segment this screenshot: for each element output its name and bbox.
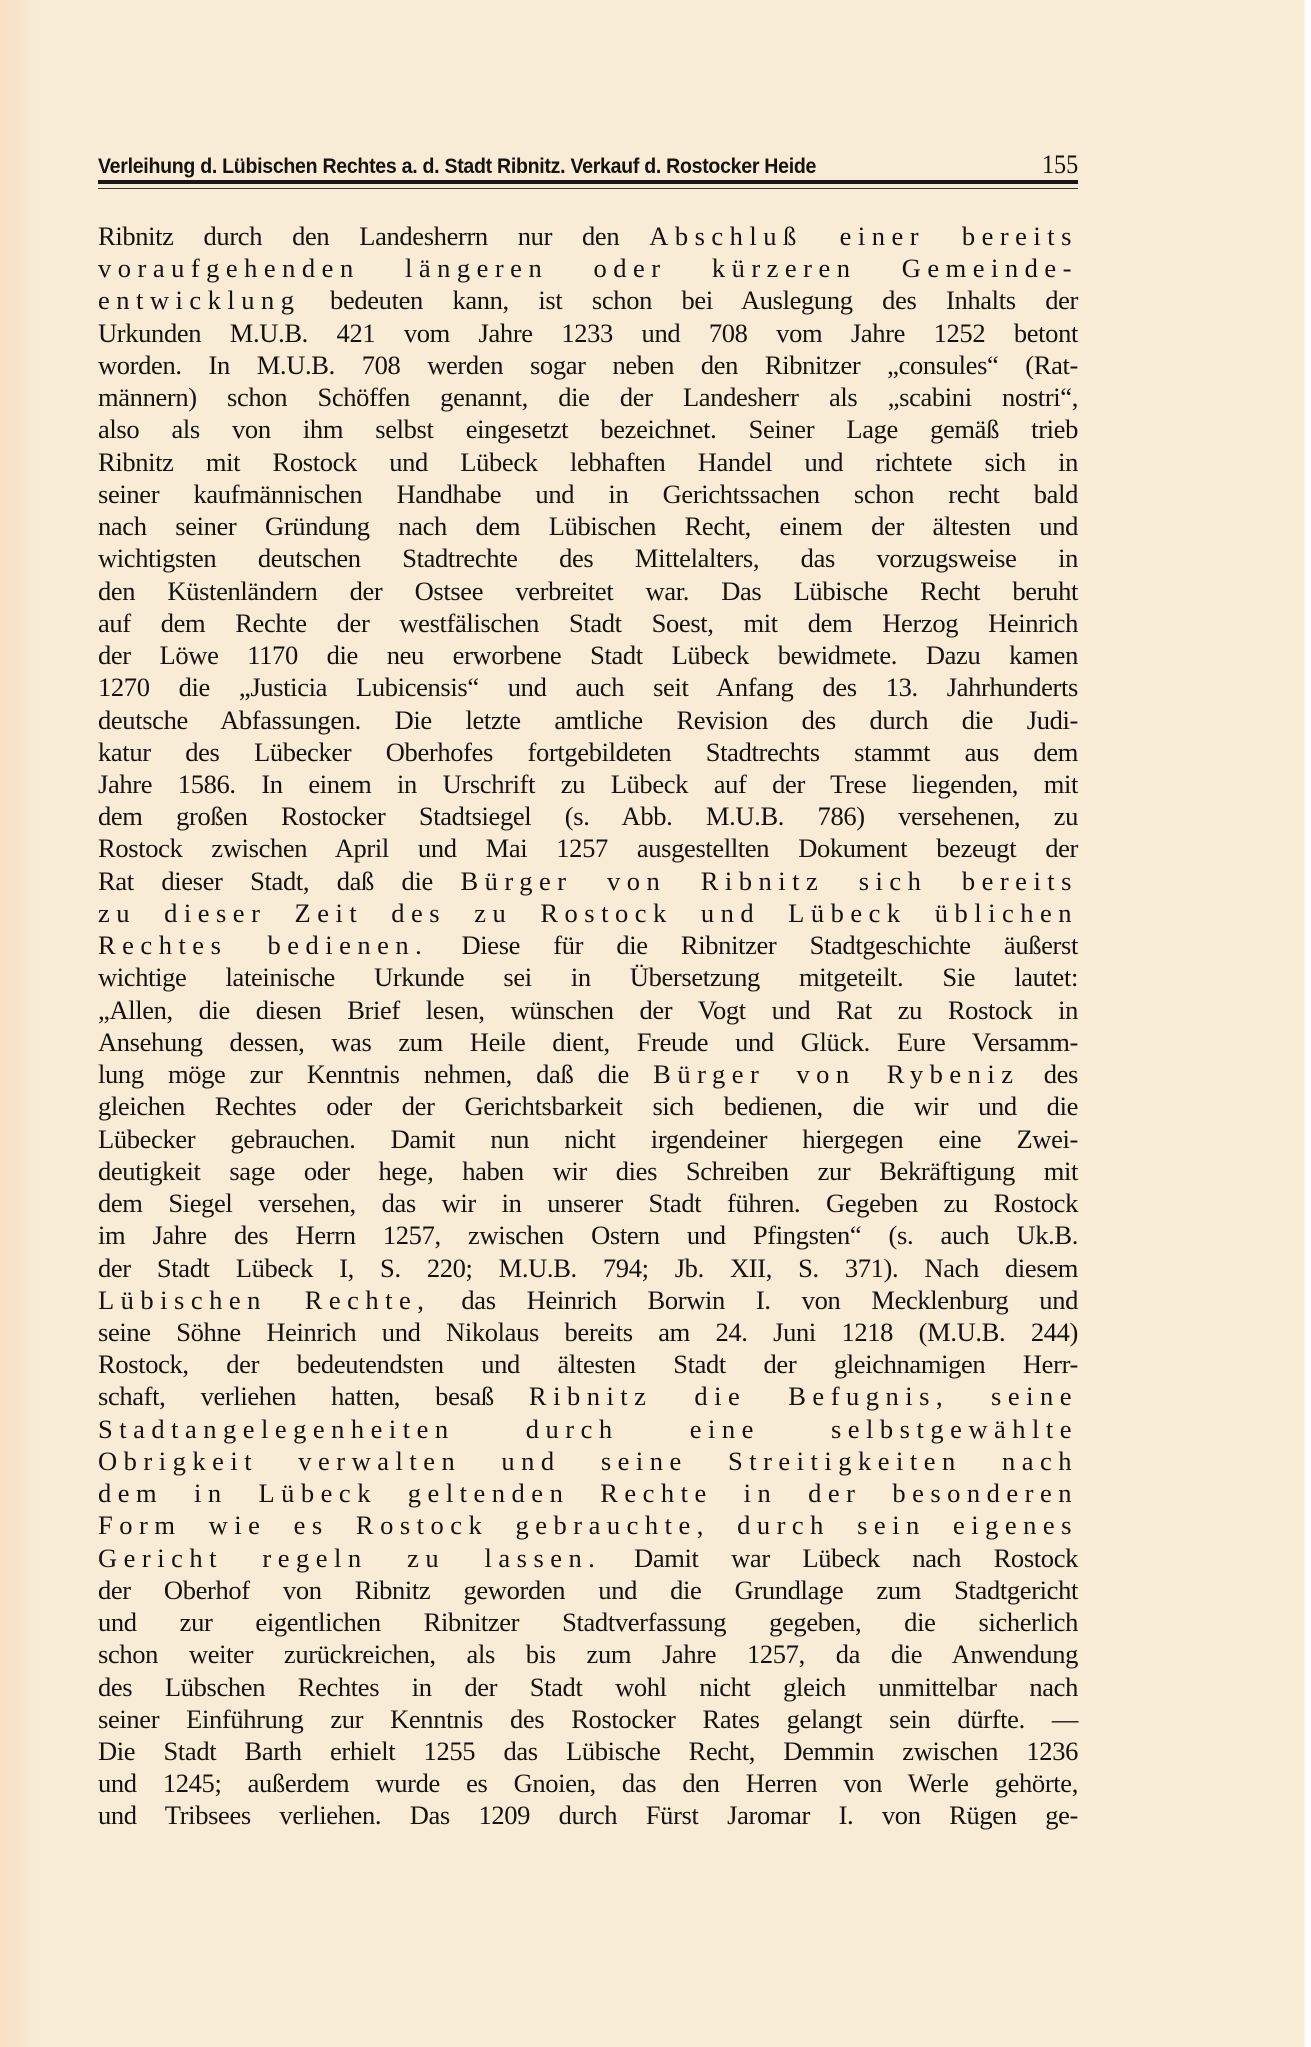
text-segment: „Allen, die diesen Brief lesen, wünschen… — [98, 995, 1078, 1025]
text-segment: der Oberhof von Ribnitz geworden und die… — [98, 1575, 1078, 1605]
text-segment: nach seiner Gründung nach dem Lübischen … — [98, 511, 1078, 541]
text-line: auf dem Rechte der westfälischen Stadt S… — [98, 607, 1078, 639]
text-line: der Stadt Lübeck I, S. 220; M.U.B. 794; … — [98, 1252, 1078, 1284]
text-line: Urkunden M.U.B. 421 vom Jahre 1233 und 7… — [98, 317, 1078, 349]
spaced-emphasis: dem in Lübeck geltenden Rechte in der be… — [98, 1478, 1078, 1508]
text-segment: und 1245; außerdem wurde es Gnoien, das … — [98, 1768, 1078, 1798]
running-head: Verleihung d. Lübischen Rechtes a. d. St… — [98, 150, 1078, 178]
text-segment: wichtige lateinische Urkunde sei in Über… — [98, 962, 1078, 992]
text-line: der Oberhof von Ribnitz geworden und die… — [98, 1574, 1078, 1606]
text-line: den Küstenländern der Ostsee verbreitet … — [98, 575, 1078, 607]
text-segment: wichtigsten deutschen Stadtrechte des Mi… — [98, 543, 1078, 573]
text-segment: Damit war Lübeck nach Rostock — [601, 1543, 1078, 1573]
text-segment: seiner Einführung zur Kenntnis des Rosto… — [98, 1704, 1078, 1734]
text-line: Stadtangelegenheiten durch eine selbstge… — [98, 1413, 1078, 1445]
spaced-emphasis: Rechtes bedienen. — [98, 930, 428, 960]
text-segment: seine Söhne Heinrich und Nikolaus bereit… — [98, 1317, 1078, 1347]
text-line: Ribnitz durch den Landesherrn nur den Ab… — [98, 220, 1078, 252]
text-segment: der Löwe 1170 die neu erworbene Stadt Lü… — [98, 640, 1078, 670]
text-line: Lübischen Rechte, das Heinrich Borwin I.… — [98, 1284, 1078, 1316]
text-line: Rostock, der bedeutendsten und ältesten … — [98, 1348, 1078, 1380]
text-line: Form wie es Rostock gebrauchte, durch se… — [98, 1509, 1078, 1541]
text-line: gleichen Rechtes oder der Gerichtsbarkei… — [98, 1090, 1078, 1122]
text-line: entwicklung bedeuten kann, ist schon bei… — [98, 284, 1078, 316]
text-segment: Rat dieser Stadt, daß die — [98, 866, 460, 896]
text-line: Obrigkeit verwalten und seine Streitigke… — [98, 1445, 1078, 1477]
text-segment: den Küstenländern der Ostsee verbreitet … — [98, 576, 1078, 606]
text-line: schaft, verliehen hatten, besaß Ribnitz … — [98, 1380, 1078, 1412]
text-segment: deutsche Abfassungen. Die letzte amtlich… — [98, 705, 1078, 735]
text-segment: Diese für die Ribnitzer Stadtgeschichte … — [428, 930, 1078, 960]
text-segment: schaft, verliehen hatten, besaß — [98, 1381, 529, 1411]
text-segment: schon weiter zurückreichen, als bis zum … — [98, 1639, 1078, 1669]
page-number: 155 — [1042, 150, 1078, 180]
text-line: zu dieser Zeit des zu Rostock und Lübeck… — [98, 897, 1078, 929]
text-segment: und zur eigentlichen Ribnitzer Stadtverf… — [98, 1607, 1078, 1637]
spaced-emphasis: Gericht regeln zu lassen. — [98, 1543, 601, 1573]
header-rule-thick — [98, 180, 1078, 184]
body-text: Ribnitz durch den Landesherrn nur den Ab… — [98, 220, 1078, 1832]
text-line: Rechtes bedienen. Diese für die Ribnitze… — [98, 929, 1078, 961]
text-segment: Ribnitz mit Rostock und Lübeck lebhaften… — [98, 447, 1078, 477]
text-line: Rostock zwischen April und Mai 1257 ausg… — [98, 832, 1078, 864]
text-line: und Tribsees verliehen. Das 1209 durch F… — [98, 1799, 1078, 1831]
spaced-emphasis: voraufgehenden längeren oder kürzeren Ge… — [98, 253, 1078, 283]
text-line: seiner kaufmännischen Handhabe und in Ge… — [98, 478, 1078, 510]
text-segment: Ansehung dessen, was zum Heile dient, Fr… — [98, 1027, 1078, 1057]
text-segment: des Lübschen Rechtes in der Stadt wohl n… — [98, 1672, 1078, 1702]
text-segment: auf dem Rechte der westfälischen Stadt S… — [98, 608, 1078, 638]
text-line: Ribnitz mit Rostock und Lübeck lebhaften… — [98, 446, 1078, 478]
text-line: nach seiner Gründung nach dem Lübischen … — [98, 510, 1078, 542]
text-segment: bedeuten kann, ist schon bei Auslegung d… — [301, 285, 1079, 315]
text-line: dem in Lübeck geltenden Rechte in der be… — [98, 1477, 1078, 1509]
text-line: der Löwe 1170 die neu erworbene Stadt Lü… — [98, 639, 1078, 671]
text-line: dem großen Rostocker Stadtsiegel (s. Abb… — [98, 800, 1078, 832]
text-segment: also als von ihm selbst eingesetzt bezei… — [98, 414, 1078, 444]
text-line: deutigkeit sage oder hege, haben wir die… — [98, 1155, 1078, 1187]
text-line: wichtigsten deutschen Stadtrechte des Mi… — [98, 542, 1078, 574]
text-segment: deutigkeit sage oder hege, haben wir die… — [98, 1156, 1078, 1186]
spaced-emphasis: Stadtangelegenheiten durch eine selbstge… — [98, 1414, 1078, 1444]
text-line: schon weiter zurückreichen, als bis zum … — [98, 1638, 1078, 1670]
text-line: deutsche Abfassungen. Die letzte amtlich… — [98, 704, 1078, 736]
spaced-emphasis: Bürger von Rybeniz — [653, 1059, 1019, 1089]
spaced-emphasis: Form wie es Rostock gebrauchte, durch se… — [98, 1510, 1078, 1540]
text-line: seiner Einführung zur Kenntnis des Rosto… — [98, 1703, 1078, 1735]
text-line: des Lübschen Rechtes in der Stadt wohl n… — [98, 1671, 1078, 1703]
text-line: und zur eigentlichen Ribnitzer Stadtverf… — [98, 1606, 1078, 1638]
text-segment: dem großen Rostocker Stadtsiegel (s. Abb… — [98, 801, 1078, 831]
text-segment: Ribnitz durch den Landesherrn nur den — [98, 221, 649, 251]
text-segment: Jahre 1586. In einem in Urschrift zu Lüb… — [98, 769, 1078, 799]
text-line: also als von ihm selbst eingesetzt bezei… — [98, 413, 1078, 445]
text-line: worden. In M.U.B. 708 werden sogar neben… — [98, 349, 1078, 381]
spaced-emphasis: Ribnitz die Befugnis, seine — [529, 1381, 1078, 1411]
text-segment: worden. In M.U.B. 708 werden sogar neben… — [98, 350, 1078, 380]
text-line: 1270 die „Justicia Lubicensis“ und auch … — [98, 671, 1078, 703]
text-segment: Die Stadt Barth erhielt 1255 das Lübisch… — [98, 1736, 1078, 1766]
text-line: und 1245; außerdem wurde es Gnoien, das … — [98, 1767, 1078, 1799]
text-segment: lung möge zur Kenntnis nehmen, daß die — [98, 1059, 653, 1089]
text-line: wichtige lateinische Urkunde sei in Über… — [98, 961, 1078, 993]
text-segment: 1270 die „Justicia Lubicensis“ und auch … — [98, 672, 1078, 702]
text-segment: katur des Lübecker Oberhofes fortgebilde… — [98, 737, 1078, 767]
text-line: Die Stadt Barth erhielt 1255 das Lübisch… — [98, 1735, 1078, 1767]
spaced-emphasis: entwicklung — [98, 285, 301, 315]
header-rule-thin — [98, 188, 1078, 189]
text-line: im Jahre des Herrn 1257, zwischen Ostern… — [98, 1219, 1078, 1251]
text-line: Gericht regeln zu lassen. Damit war Lübe… — [98, 1542, 1078, 1574]
text-line: Lübecker gebrauchen. Damit nun nicht irg… — [98, 1123, 1078, 1155]
spaced-emphasis: zu dieser Zeit des zu Rostock und Lübeck… — [98, 898, 1078, 928]
text-segment: des — [1019, 1059, 1078, 1089]
text-segment: gleichen Rechtes oder der Gerichtsbarkei… — [98, 1091, 1078, 1121]
text-line: katur des Lübecker Oberhofes fortgebilde… — [98, 736, 1078, 768]
spaced-emphasis: Bürger von Ribnitz sich bereits — [460, 866, 1078, 896]
text-segment: dem Siegel versehen, das wir in unserer … — [98, 1188, 1078, 1218]
text-segment: im Jahre des Herrn 1257, zwischen Ostern… — [98, 1220, 1078, 1250]
text-segment: Rostock zwischen April und Mai 1257 ausg… — [98, 833, 1078, 863]
text-segment: seiner kaufmännischen Handhabe und in Ge… — [98, 479, 1078, 509]
text-segment: das Heinrich Borwin I. von Mecklenburg u… — [430, 1285, 1078, 1315]
text-line: Rat dieser Stadt, daß die Bürger von Rib… — [98, 865, 1078, 897]
text-line: Jahre 1586. In einem in Urschrift zu Lüb… — [98, 768, 1078, 800]
running-head-title: Verleihung d. Lübischen Rechtes a. d. St… — [98, 155, 816, 179]
text-line: „Allen, die diesen Brief lesen, wünschen… — [98, 994, 1078, 1026]
text-line: dem Siegel versehen, das wir in unserer … — [98, 1187, 1078, 1219]
text-segment: und Tribsees verliehen. Das 1209 durch F… — [98, 1800, 1078, 1830]
spaced-emphasis: Lübischen Rechte, — [98, 1285, 430, 1315]
text-segment: Urkunden M.U.B. 421 vom Jahre 1233 und 7… — [98, 318, 1078, 348]
text-line: seine Söhne Heinrich und Nikolaus bereit… — [98, 1316, 1078, 1348]
spaced-emphasis: Abschluß einer bereits — [649, 221, 1078, 251]
text-line: lung möge zur Kenntnis nehmen, daß die B… — [98, 1058, 1078, 1090]
text-segment: Rostock, der bedeutendsten und ältesten … — [98, 1349, 1078, 1379]
text-segment: männern) schon Schöffen genannt, die der… — [98, 382, 1078, 412]
spaced-emphasis: Obrigkeit verwalten und seine Streitigke… — [98, 1446, 1078, 1476]
text-segment: Lübecker gebrauchen. Damit nun nicht irg… — [98, 1124, 1078, 1154]
text-line: Ansehung dessen, was zum Heile dient, Fr… — [98, 1026, 1078, 1058]
text-segment: der Stadt Lübeck I, S. 220; M.U.B. 794; … — [98, 1253, 1078, 1283]
text-line: voraufgehenden längeren oder kürzeren Ge… — [98, 252, 1078, 284]
text-line: männern) schon Schöffen genannt, die der… — [98, 381, 1078, 413]
